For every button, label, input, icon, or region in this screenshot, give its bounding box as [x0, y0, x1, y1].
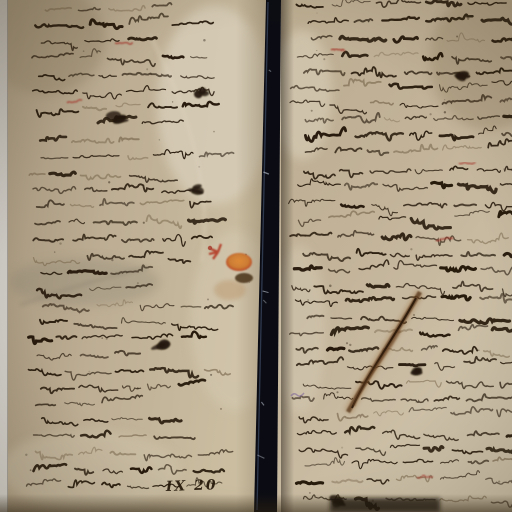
photo-vignette [0, 0, 512, 512]
manuscript-photo: IX 20 [0, 0, 512, 512]
manuscript-scene: IX 20 [0, 0, 512, 512]
